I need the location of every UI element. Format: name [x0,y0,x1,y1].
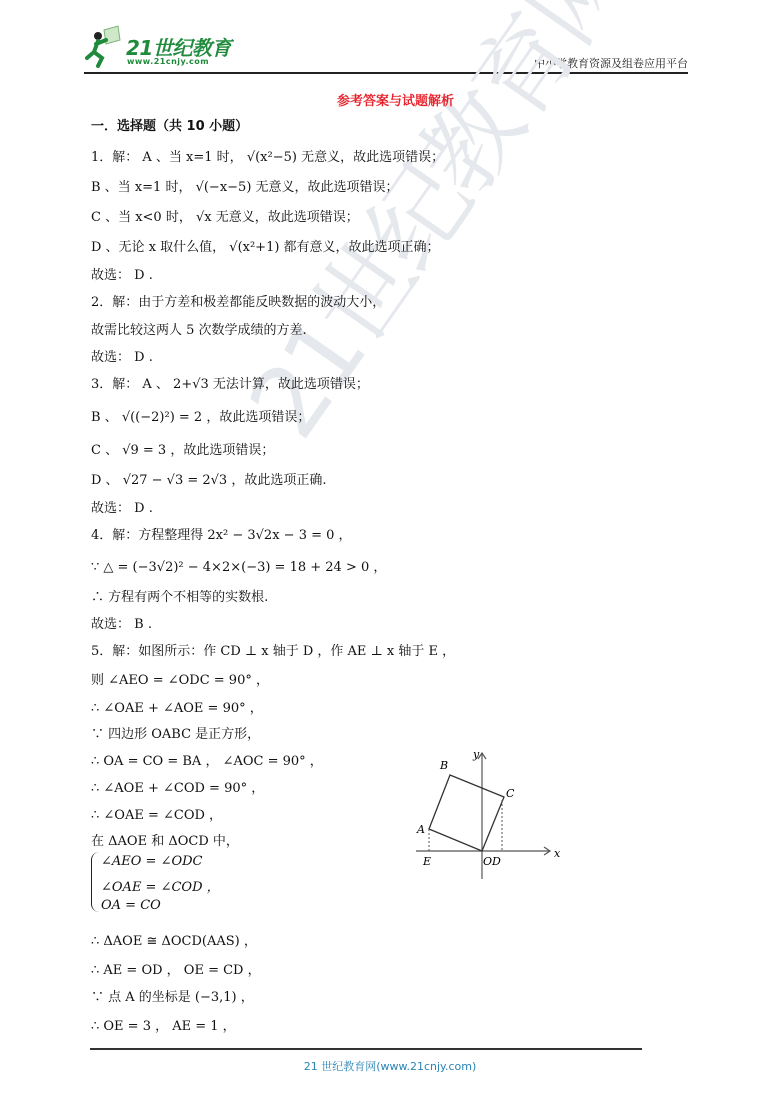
section-heading: 一．选择题（共 10 小题） [91,119,248,135]
answer-line-q5-k: ∵ 点 A 的坐标是 (−3,1) ， [91,990,254,1006]
answer-line-q3-ans: 故选： D . [91,501,153,517]
answer-line-q5-i: ∴ ΔAOE ≅ ΔOCD(AAS) ， [91,934,257,950]
label-y: y [472,748,480,761]
answer-line-q5-f: ∴ ∠AOE + ∠COD = 90° ， [91,781,264,797]
label-x: x [554,847,561,860]
answer-line-q3-a: 3．解： A 、 2+√3 无法计算，故此选项错误； [91,377,369,393]
label-b: B [439,759,448,772]
answer-line-q5-c: ∴ ∠OAE + ∠AOE = 90° ， [91,701,263,717]
answer-line-q5-l: ∴ OE = 3 ， AE = 1 ， [91,1019,236,1035]
answer-line-q5-h: 在 ΔAOE 和 ΔOCD 中， [91,834,239,850]
label-e: E [422,855,431,868]
answer-line-q3-d: D 、 √27 − √3 = 2√3 ，故此选项正确. [91,473,326,489]
geometry-figure: y x B C A E OD [410,745,570,885]
answer-line-q5-j: ∴ AE = OD ， OE = CD ， [91,963,261,979]
logo: 21世纪教育 www.21cnjy.com [84,24,244,70]
header-tagline: 中小学教育资源及组卷应用平台 [534,55,688,71]
answer-line-q5-e: ∴ OA = CO = BA ， ∠AOC = 90° ， [91,754,323,770]
brace [91,852,100,912]
answer-line-q1-b: B 、当 x=1 时， √(−x−5) 无意义，故此选项错误； [91,180,399,196]
answer-line-q1-ans: 故选： D . [91,268,153,284]
runner-logo-icon [84,24,128,68]
answer-line-q5-g: ∴ ∠OAE = ∠COD ， [91,808,222,824]
answer-line-q5-a: 5．解：如图所示：作 CD ⊥ x 轴于 D ，作 AE ⊥ x 轴于 E ， [91,644,455,660]
page-title: 参考答案与试题解析 [337,90,454,109]
answer-line-q1-d: D 、无论 x 取什么值， √(x²+1) 都有意义，故此选项正确； [91,240,440,256]
label-a: A [416,823,425,836]
logo-url: www.21cnjy.com [127,57,209,66]
header-divider [84,72,688,74]
footer-link[interactable]: 21 世纪教育网(www.21cnjy.com) [0,1058,780,1074]
answer-line-q1-c: C 、当 x<0 时， √x 无意义，故此选项错误； [91,210,359,226]
answer-line-q5-d: ∵ 四边形 OABC 是正方形， [91,727,260,743]
system-line-2: ∠OAE = ∠COD ， [101,876,220,895]
answer-line-q4-ans: 故选： B . [91,617,152,633]
label-c: C [506,787,515,800]
answer-line-q2-ans: 故选： D . [91,350,153,366]
answer-line-q2-b: 故需比较这两人 5 次数学成绩的方差. [91,323,307,339]
answer-line-q3-b: B 、 √((−2)²) = 2 ，故此选项错误； [91,410,310,426]
system-line-3: OA = CO [101,898,161,913]
label-od: OD [483,855,501,868]
answer-line-q4-b: ∵ △ = (−3√2)² − 4×2×(−3) = 18 + 24 > 0 ， [91,560,386,576]
square-oabc [429,775,504,851]
answer-line-q1-a: 1．解： A 、当 x=1 时， √(x²−5) 无意义，故此选项错误； [91,150,444,166]
system-line-1: ∠AEO = ∠ODC [101,854,203,869]
page-header: 21世纪教育 www.21cnjy.com 中小学教育资源及组卷应用平台 [84,24,688,72]
answer-line-q2-a: 2．解：由于方差和极差都能反映数据的波动大小， [91,295,385,311]
footer-divider [90,1048,642,1050]
answer-line-q5-b: 则 ∠AEO = ∠ODC = 90° ， [91,673,269,689]
answer-line-q4-a: 4．解：方程整理得 2x² − 3√2x − 3 = 0 ， [91,528,352,544]
answer-line-q3-c: C 、 √9 = 3 ，故此选项错误； [91,443,274,459]
answer-line-q4-c: ∴ 方程有两个不相等的实数根. [91,590,268,606]
